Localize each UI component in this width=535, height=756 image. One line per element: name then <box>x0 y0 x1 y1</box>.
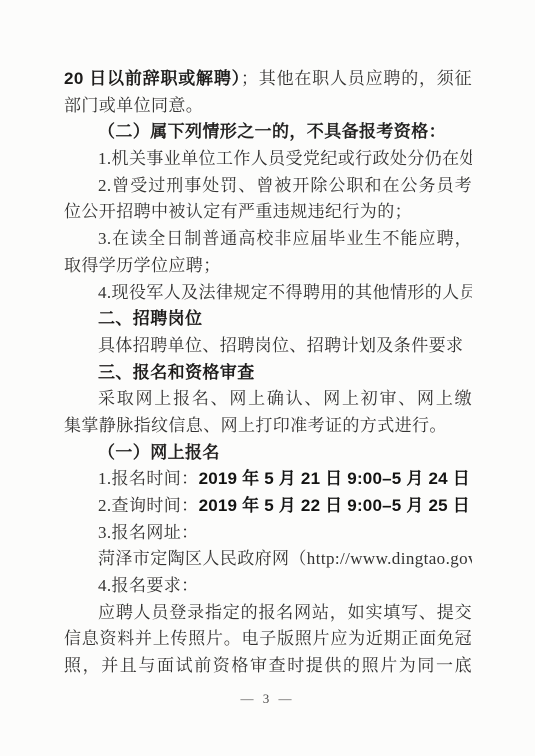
body-text: 取得学历学位应聘； <box>64 256 221 275</box>
text-line: 1.报名时间：2019 年 5 月 21 日 9:00–5 月 24 日 16:… <box>64 466 472 493</box>
text-line: 采取网上报名、网上确认、网上初审、网上缴费、现场采 <box>64 386 472 413</box>
text-line: 3.报名网址： <box>64 520 472 547</box>
emphasis-text: 三、报名和资格审查 <box>98 363 255 382</box>
emphasis-text: （二）属下列情形之一的，不具备报考资格： <box>98 122 446 141</box>
body-text: 2.曾受过刑事处罚、曾被开除公职和在公务员考录或事业单 <box>98 176 472 200</box>
text-line: 照，并且与面试前资格审查时提供的照片为同一底版，不得进 <box>64 653 472 680</box>
body-text: 集掌静脉指纹信息、网上打印准考证的方式进行。 <box>64 416 447 435</box>
page-number: — 3 — <box>0 691 535 707</box>
text-line: 三、报名和资格审查 <box>64 360 472 387</box>
text-line: 4.现役军人及法律规定不得聘用的其他情形的人员。 <box>64 280 472 307</box>
emphasis-text: 二、招聘岗位 <box>98 309 202 328</box>
emphasis-text: 20 日以前辞职或解聘） <box>64 69 241 88</box>
text-line: 具体招聘单位、招聘岗位、招聘计划及条件要求（见附件）。 <box>64 333 472 360</box>
body-text: 信息资料并上传照片。电子版照片应为近期正面免冠彩色证件 <box>64 629 472 653</box>
document-page: 20 日以前辞职或解聘）；其他在职人员应聘的，须征得用人权限部门或单位同意。（二… <box>0 0 535 756</box>
text-line: 3.在读全日制普通高校非应届毕业生不能应聘，也不能用已 <box>64 226 472 253</box>
body-text: 4.现役军人及法律规定不得聘用的其他情形的人员。 <box>98 283 472 302</box>
text-line: 信息资料并上传照片。电子版照片应为近期正面免冠彩色证件 <box>64 626 472 653</box>
text-line: 取得学历学位应聘； <box>64 253 472 280</box>
text-line: 4.报名要求： <box>64 573 472 600</box>
emphasis-text: 2019 年 5 月 21 日 9:00–5 月 24 日 16:00 <box>199 469 472 488</box>
body-text: 具体招聘单位、招聘岗位、招聘计划及条件要求（见附件）。 <box>98 336 472 355</box>
body-text: 1.报名时间： <box>98 469 199 488</box>
body-text: 1.机关事业单位工作人员受党纪或行政处分仍在处分期的； <box>98 149 472 168</box>
text-line: 2.查询时间：2019 年 5 月 22 日 9:00–5 月 25 日 16:… <box>64 493 472 520</box>
body-text: 位公开招聘中被认定有严重违规违纪行为的； <box>64 202 412 221</box>
body-text: 3.报名网址： <box>98 523 199 542</box>
text-line: 二、招聘岗位 <box>64 306 472 333</box>
body-text: 部门或单位同意。 <box>64 96 203 115</box>
emphasis-text: （一）网上报名 <box>98 443 220 462</box>
text-line: 部门或单位同意。 <box>64 93 472 120</box>
emphasis-text: 2019 年 5 月 22 日 9:00–5 月 25 日 16:00 <box>199 496 472 515</box>
text-line: 应聘人员登录指定的报名网站，如实填写、提交个人相关 <box>64 600 472 627</box>
body-text: 2.查询时间： <box>98 496 199 515</box>
text-line: （二）属下列情形之一的，不具备报考资格： <box>64 119 472 146</box>
body-text: 3.在读全日制普通高校非应届毕业生不能应聘，也不能用已 <box>98 229 472 253</box>
text-line: （一）网上报名 <box>64 440 472 467</box>
text-line: 集掌静脉指纹信息、网上打印准考证的方式进行。 <box>64 413 472 440</box>
body-text: 菏泽市定陶区人民政府网（http://www.dingtao.gov.cn/） <box>98 549 472 568</box>
body-text: 4.报名要求： <box>98 576 199 595</box>
text-line: 20 日以前辞职或解聘）；其他在职人员应聘的，须征得用人权限 <box>64 66 472 93</box>
body-text: 照，并且与面试前资格审查时提供的照片为同一底版，不得进 <box>64 656 472 680</box>
text-line: 2.曾受过刑事处罚、曾被开除公职和在公务员考录或事业单 <box>64 173 472 200</box>
document-body: 20 日以前辞职或解聘）；其他在职人员应聘的，须征得用人权限部门或单位同意。（二… <box>64 66 472 680</box>
text-line: 1.机关事业单位工作人员受党纪或行政处分仍在处分期的； <box>64 146 472 173</box>
text-line: 菏泽市定陶区人民政府网（http://www.dingtao.gov.cn/） <box>64 546 472 573</box>
body-text: 采取网上报名、网上确认、网上初审、网上缴费、现场采 <box>98 389 472 413</box>
body-text: 应聘人员登录指定的报名网站，如实填写、提交个人相关 <box>98 603 472 627</box>
text-line: 位公开招聘中被认定有严重违规违纪行为的； <box>64 199 472 226</box>
